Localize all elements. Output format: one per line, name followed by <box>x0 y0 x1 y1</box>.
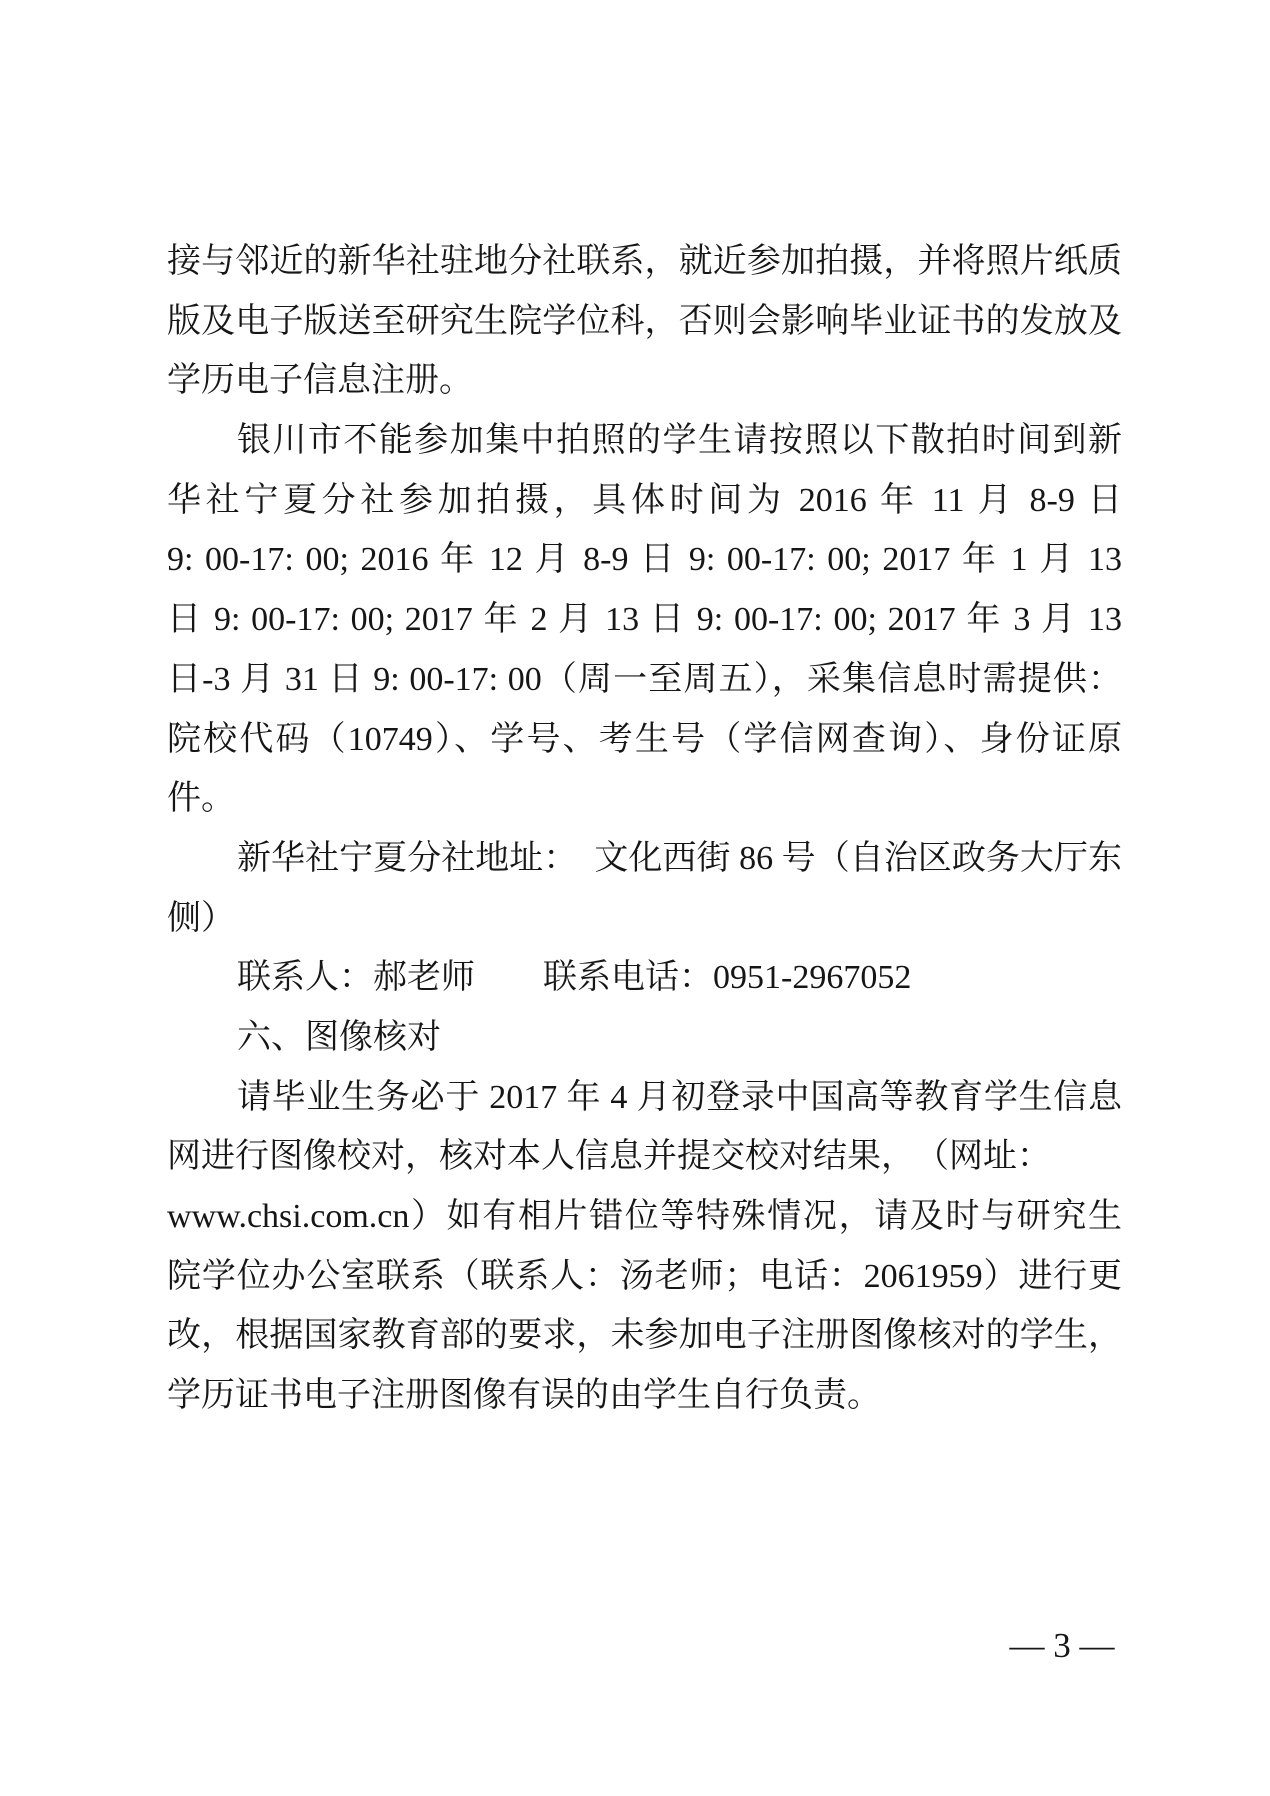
document-line: 学历电子信息注册。 <box>167 351 1122 411</box>
page-number: — 3 — <box>992 1626 1132 1666</box>
document-line: www.chsi.com.cn）如有相片错位等特殊情况，请及时与研究生 <box>167 1187 1122 1247</box>
document-line: 件。 <box>167 769 1122 829</box>
document-line: 9: 00-17: 00; 2016 年 12 月 8-9 日 9: 00-17… <box>167 530 1122 590</box>
document-page: 接与邻近的新华社驻地分社联系，就近参加拍摄，并将照片纸质版及电子版送至研究生院学… <box>0 0 1270 1796</box>
document-line: 请毕业生务必于 2017 年 4 月初登录中国高等教育学生信息 <box>167 1068 1122 1128</box>
document-line: 院校代码（10749）、学号、考生号（学信网查询）、身份证原 <box>167 710 1122 770</box>
document-line: 六、图像核对 <box>167 1008 1122 1068</box>
document-line: 华社宁夏分社参加拍摄，具体时间为 2016 年 11 月 8-9 日 <box>167 471 1122 531</box>
document-line: 学历证书电子注册图像有误的由学生自行负责。 <box>167 1366 1122 1426</box>
document-line: 联系人：郝老师 联系电话：0951-2967052 <box>167 948 1122 1008</box>
document-line: 日 9: 00-17: 00; 2017 年 2 月 13 日 9: 00-17… <box>167 590 1122 650</box>
document-line: 版及电子版送至研究生院学位科，否则会影响毕业证书的发放及 <box>167 292 1122 352</box>
document-line: 接与邻近的新华社驻地分社联系，就近参加拍摄，并将照片纸质 <box>167 232 1122 292</box>
document-line: 新华社宁夏分社地址： 文化西街 86 号（自治区政务大厅东 <box>167 829 1122 889</box>
document-line: 银川市不能参加集中拍照的学生请按照以下散拍时间到新 <box>167 411 1122 471</box>
document-line: 院学位办公室联系（联系人：汤老师；电话：2061959）进行更 <box>167 1247 1122 1307</box>
document-line: 侧） <box>167 889 1122 949</box>
document-line: 日-3 月 31 日 9: 00-17: 00（周一至周五），采集信息时需提供： <box>167 650 1122 710</box>
document-line: 网进行图像校对，核对本人信息并提交校对结果， （网址： <box>167 1127 1122 1187</box>
document-body: 接与邻近的新华社驻地分社联系，就近参加拍摄，并将照片纸质版及电子版送至研究生院学… <box>167 232 1122 1426</box>
document-line: 改，根据国家教育部的要求，未参加电子注册图像核对的学生， <box>167 1306 1122 1366</box>
